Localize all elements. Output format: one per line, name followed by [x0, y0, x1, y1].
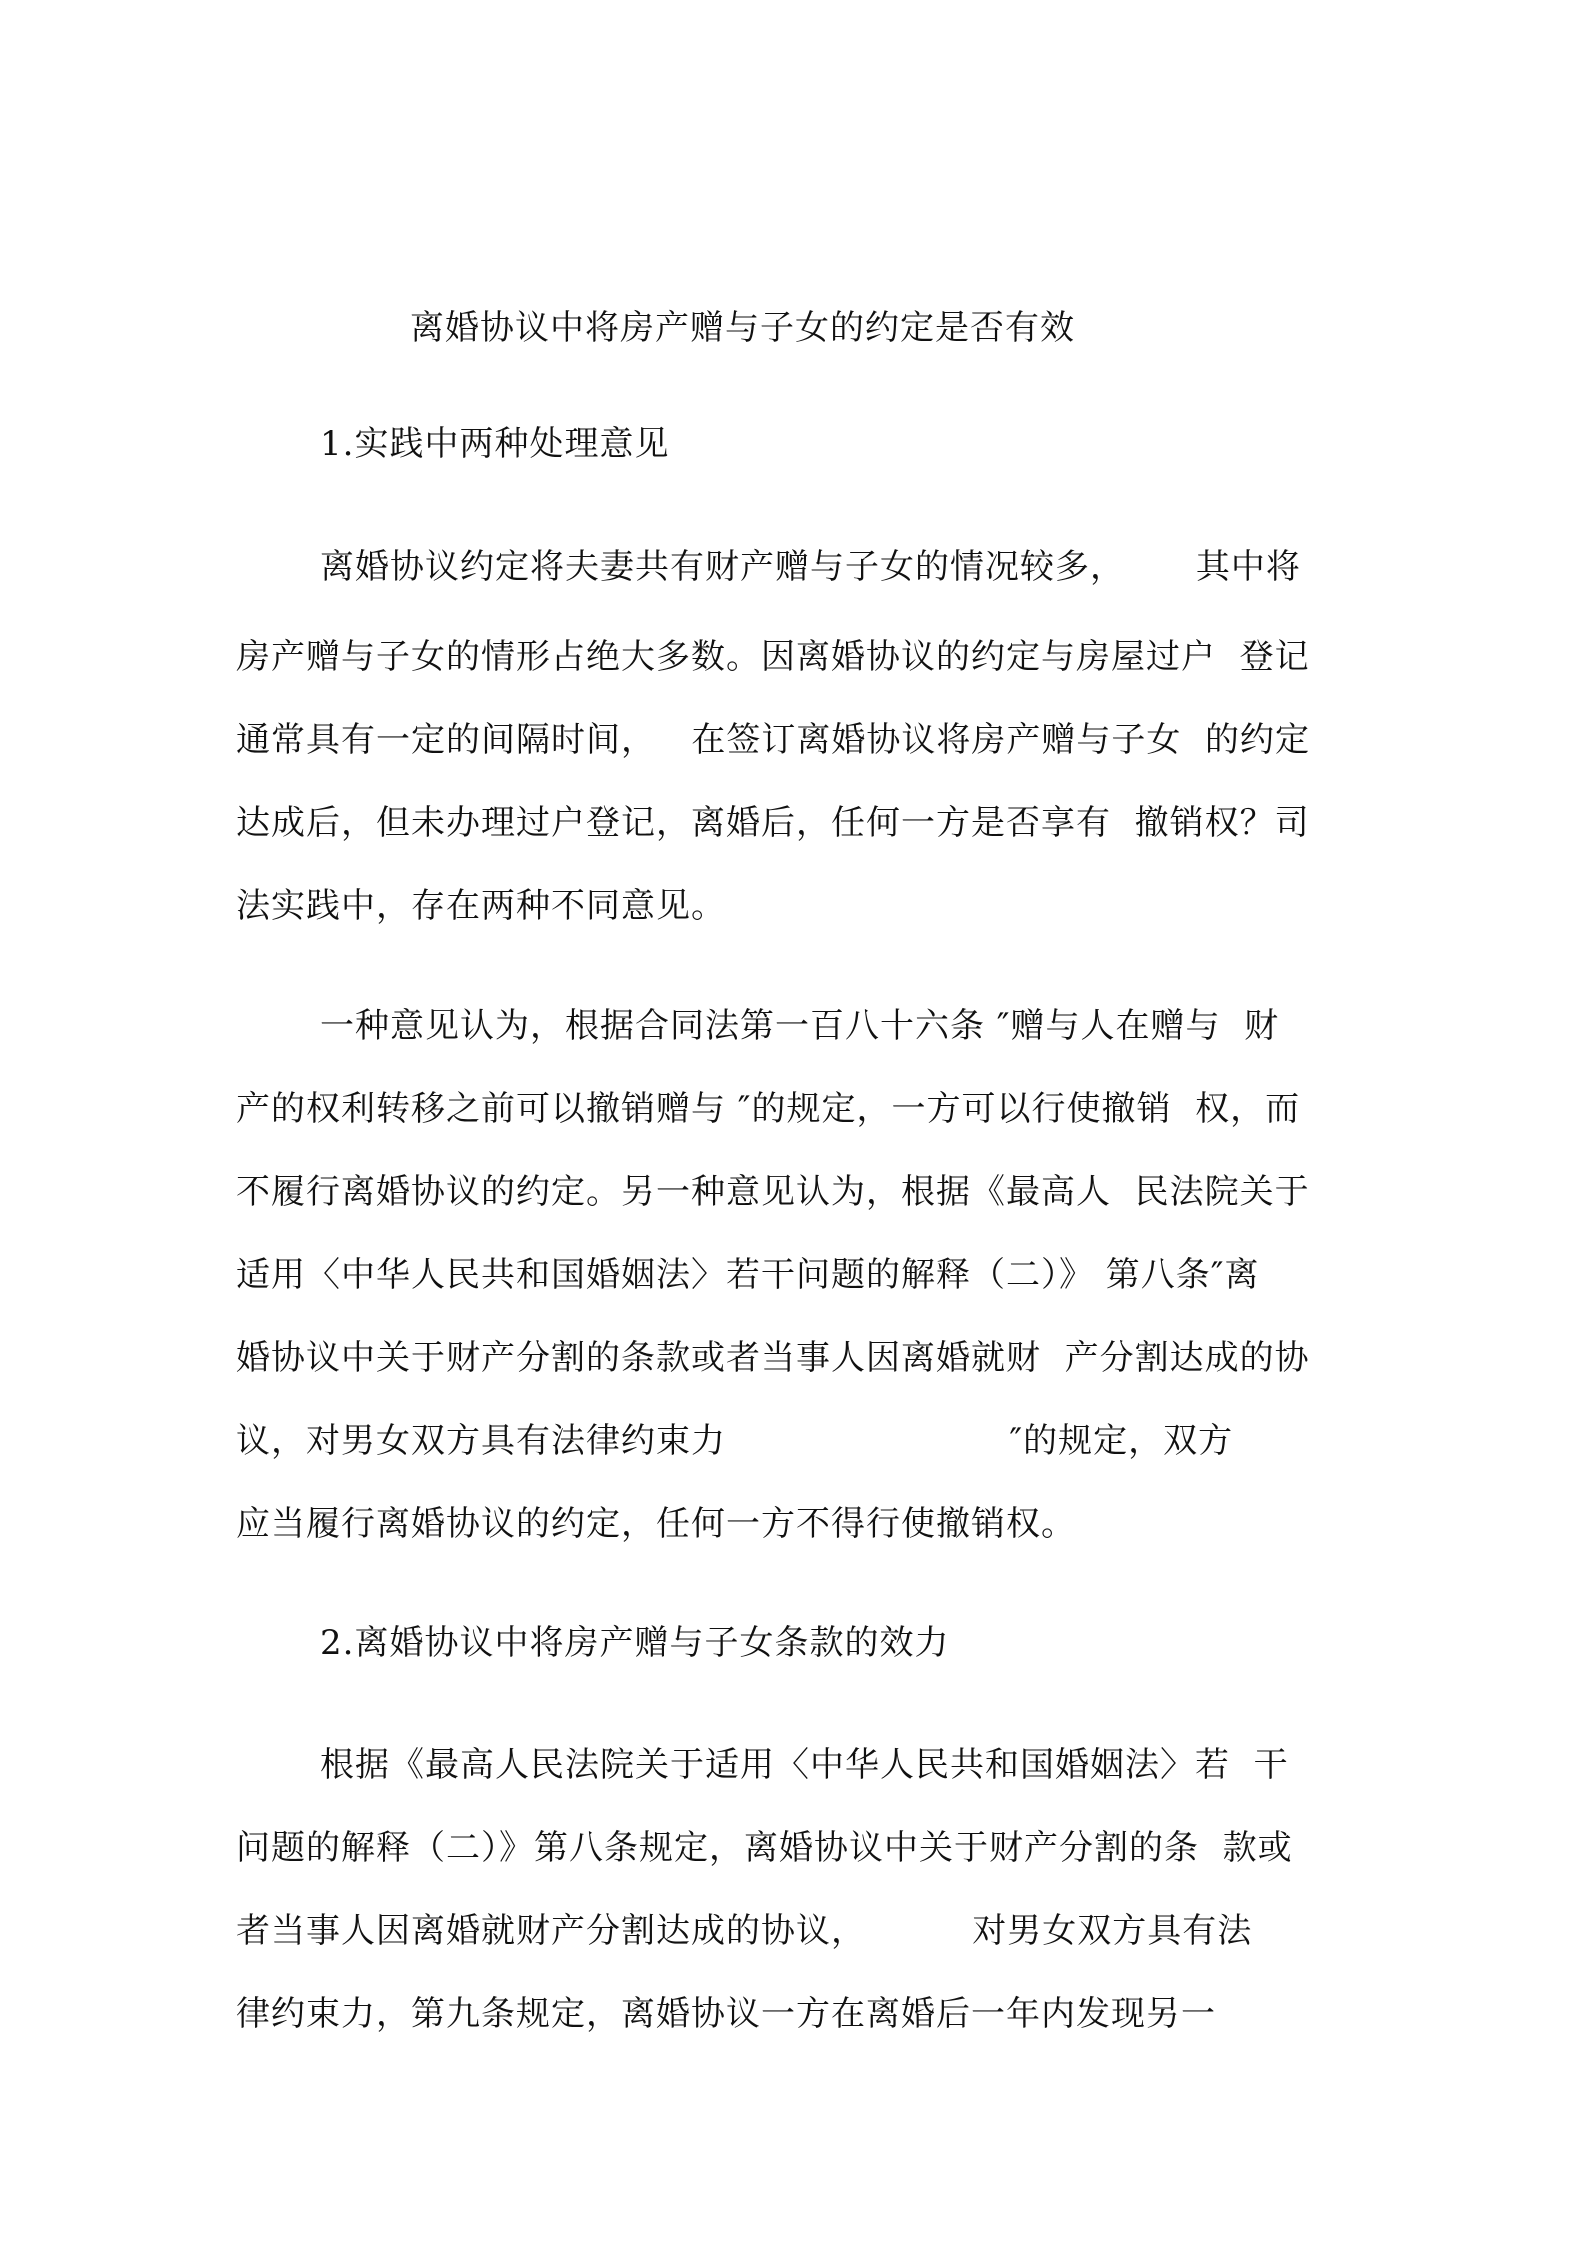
paragraph-line: 产的权利转移之前可以撤销赠与 ″的规定，一方可以行使撤销 权，而 — [236, 1089, 1300, 1129]
paragraph-line: 法实践中，存在两种不同意见。 — [236, 886, 726, 926]
paragraph-line: 议，对男女双方具有法律约束力 ″的规定，双方 — [236, 1421, 1233, 1461]
paragraph-line: 通常具有一定的间隔时间， 在签订离婚协议将房产赠与子女 的约定 — [236, 720, 1310, 760]
paragraph-line: 离婚协议约定将夫妻共有财产赠与子女的情况较多， 其中将 — [320, 547, 1301, 587]
paragraph-line: 一种意见认为，根据合同法第一百八十六条 ″赠与人在赠与 财 — [320, 1006, 1279, 1046]
paragraph-line: 适用〈中华人民共和国婚姻法〉若干问题的解释（二）》 第八条″离 — [236, 1255, 1260, 1295]
paragraph-line: 律约束力，第九条规定，离婚协议一方在离婚后一年内发现另一 — [236, 1994, 1216, 2034]
section-heading-2: 2.离婚协议中将房产赠与子女条款的效力 — [320, 1623, 949, 1663]
paragraph-line: 房产赠与子女的情形占绝大多数。因离婚协议的约定与房屋过户 登记 — [236, 637, 1310, 677]
paragraph-line: 婚协议中关于财产分割的条款或者当事人因离婚就财 产分割达成的协 — [236, 1338, 1310, 1378]
paragraph-line: 不履行离婚协议的约定。另一种意见认为，根据《最高人 民法院关于 — [236, 1172, 1310, 1212]
paragraph-line: 根据《最高人民法院关于适用〈中华人民共和国婚姻法〉若 干 — [320, 1745, 1289, 1785]
paragraph-line: 达成后，但未办理过户登记，离婚后，任何一方是否享有 撤销权？司 — [236, 803, 1310, 843]
section-heading-1: 1.实践中两种处理意见 — [320, 424, 669, 464]
paragraph-line: 者当事人因离婚就财产分割达成的协议， 对男女双方具有法 — [236, 1911, 1252, 1951]
paragraph-line: 应当履行离婚协议的约定，任何一方不得行使撤销权。 — [236, 1504, 1076, 1544]
paragraph-line: 问题的解释（二）》第八条规定，离婚协议中关于财产分割的条 款或 — [236, 1828, 1293, 1868]
document-title: 离婚协议中将房产赠与子女的约定是否有效 — [410, 308, 1075, 348]
